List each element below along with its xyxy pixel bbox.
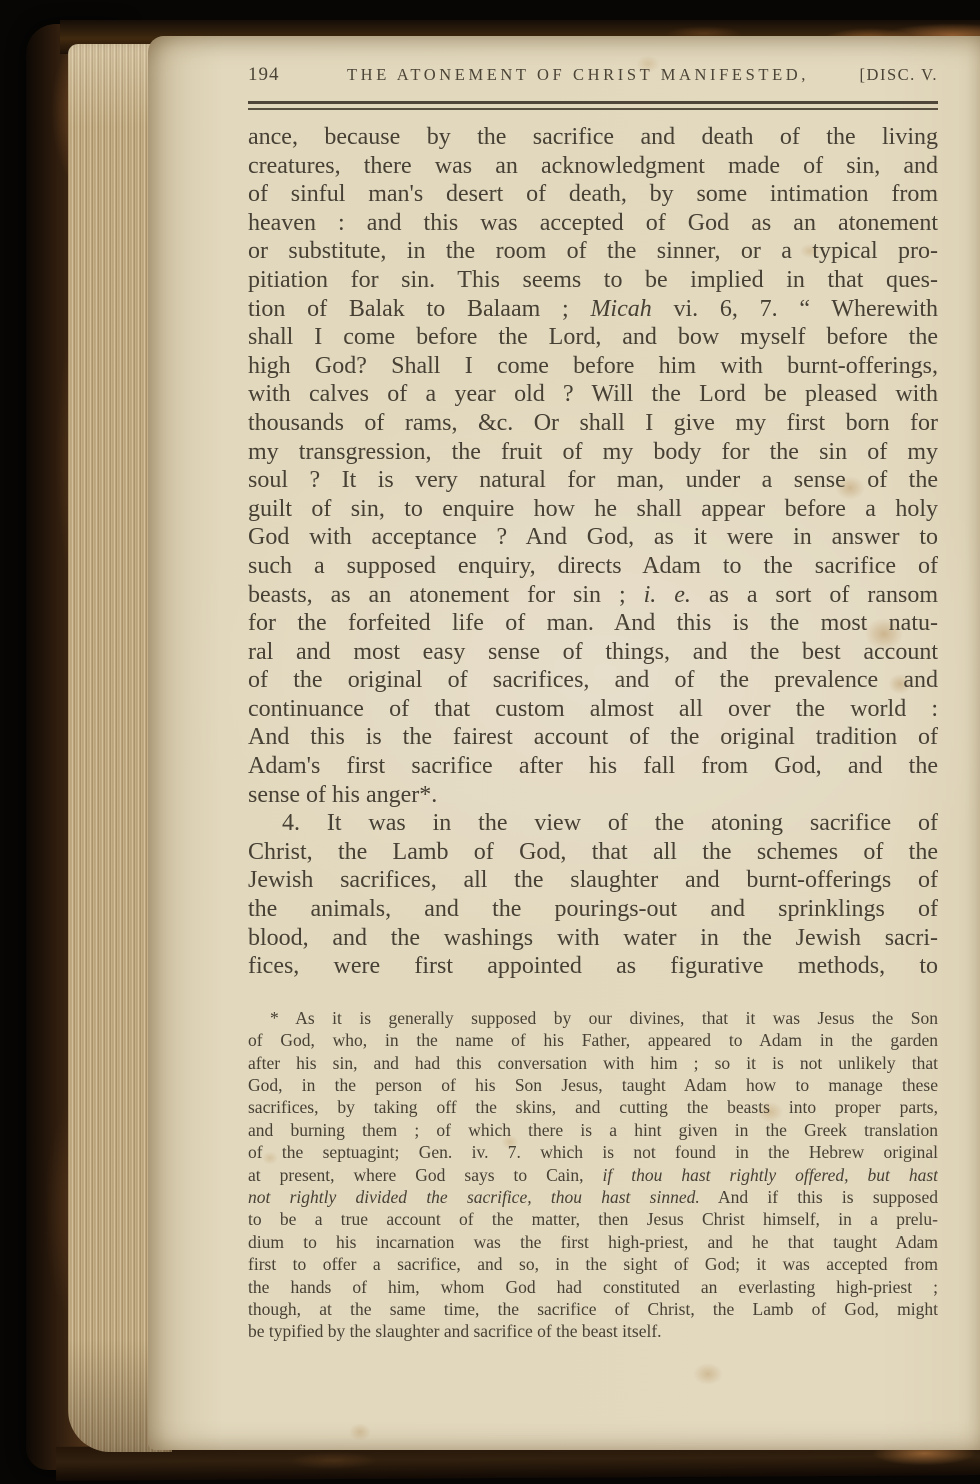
- text-line: at present, where God says to Cain, if t…: [248, 1164, 938, 1186]
- text-line: my transgression, the fruit of my body f…: [248, 438, 938, 467]
- footnote-text: * As it is generally supposed by our div…: [248, 1007, 938, 1343]
- book-photo: { "page": { "header": { "page_number": "…: [0, 0, 980, 1484]
- text-line: of the septuagint; Gen. iv. 7. which is …: [248, 1141, 938, 1163]
- text-line: with calves of a year old ? Will the Lor…: [248, 380, 938, 409]
- text-line: of God, who, in the name of his Father, …: [248, 1029, 938, 1051]
- text-line: God with acceptance ? And God, as it wer…: [248, 523, 938, 552]
- text-line: for the forfeited life of man. And this …: [248, 609, 938, 638]
- text-line: fices, were first appointed as figurativ…: [248, 952, 938, 981]
- body-text: ance, because by the sacrifice and death…: [248, 123, 938, 981]
- page-content: 194 THE ATONEMENT OF CHRIST MANIFESTED, …: [248, 64, 938, 1343]
- text-line: to be a true account of the matter, then…: [248, 1208, 938, 1230]
- text-line: thousands of rams, &c. Or shall I give m…: [248, 409, 938, 438]
- text-line: tion of Balak to Balaam ; Micah vi. 6, 7…: [248, 295, 938, 324]
- text-line: sacrifices, by taking off the skins, and…: [248, 1096, 938, 1118]
- text-line: or substitute, in the room of the sinner…: [248, 237, 938, 266]
- text-line: pitiation for sin. This seems to be impl…: [248, 266, 938, 295]
- text-line: creatures, there was an acknowledgment m…: [248, 152, 938, 181]
- text-line: such a supposed enquiry, directs Adam to…: [248, 552, 938, 581]
- text-line: Jewish sacrifices, all the slaughter and…: [248, 866, 938, 895]
- text-line: of sinful man's desert of death, by some…: [248, 180, 938, 209]
- section-label: [DISC. V.: [820, 65, 938, 85]
- running-title: THE ATONEMENT OF CHRIST MANIFESTED,: [336, 65, 820, 85]
- text-line: blood, and the washings with water in th…: [248, 924, 938, 953]
- text-line: be typified by the slaughter and sacrifi…: [248, 1320, 938, 1342]
- text-line: And this is the fairest account of the o…: [248, 723, 938, 752]
- page-header: 194 THE ATONEMENT OF CHRIST MANIFESTED, …: [248, 64, 938, 92]
- text-line: dium to his incarnation was the first hi…: [248, 1231, 938, 1253]
- text-line: beasts, as an atonement for sin ; i. e. …: [248, 581, 938, 610]
- text-line: heaven : and this was accepted of God as…: [248, 209, 938, 238]
- text-line: shall I come before the Lord, and bow my…: [248, 323, 938, 352]
- text-line: though, at the same time, the sacrifice …: [248, 1298, 938, 1320]
- text-line: of the original of sacrifices, and of th…: [248, 666, 938, 695]
- text-line: * As it is generally supposed by our div…: [248, 1007, 938, 1029]
- double-rule: [248, 101, 938, 110]
- text-line: sense of his anger*.: [248, 781, 938, 810]
- text-line: soul ? It is very natural for man, under…: [248, 466, 938, 495]
- text-line: high God? Shall I come before him with b…: [248, 352, 938, 381]
- book-page: 194 THE ATONEMENT OF CHRIST MANIFESTED, …: [148, 36, 980, 1450]
- text-line: after his sin, and had this conversation…: [248, 1052, 938, 1074]
- text-line: the hands of him, whom God had constitut…: [248, 1276, 938, 1298]
- text-line: ance, because by the sacrifice and death…: [248, 123, 938, 152]
- text-line: not rightly divided the sacrifice, thou …: [248, 1186, 938, 1208]
- text-line: God, in the person of his Son Jesus, tau…: [248, 1074, 938, 1096]
- text-line: and burning them ; of which there is a h…: [248, 1119, 938, 1141]
- text-line: ral and most easy sense of things, and t…: [248, 638, 938, 667]
- text-line: Christ, the Lamb of God, that all the sc…: [248, 838, 938, 867]
- text-line: continuance of that custom almost all ov…: [248, 695, 938, 724]
- text-line: 4. It was in the view of the atoning sac…: [248, 809, 938, 838]
- text-line: guilt of sin, to enquire how he shall ap…: [248, 495, 938, 524]
- text-line: Adam's first sacrifice after his fall fr…: [248, 752, 938, 781]
- text-line: first to offer a sacrifice, and so, in t…: [248, 1253, 938, 1275]
- text-line: the animals, and the pourings-out and sp…: [248, 895, 938, 924]
- page-number: 194: [248, 64, 336, 86]
